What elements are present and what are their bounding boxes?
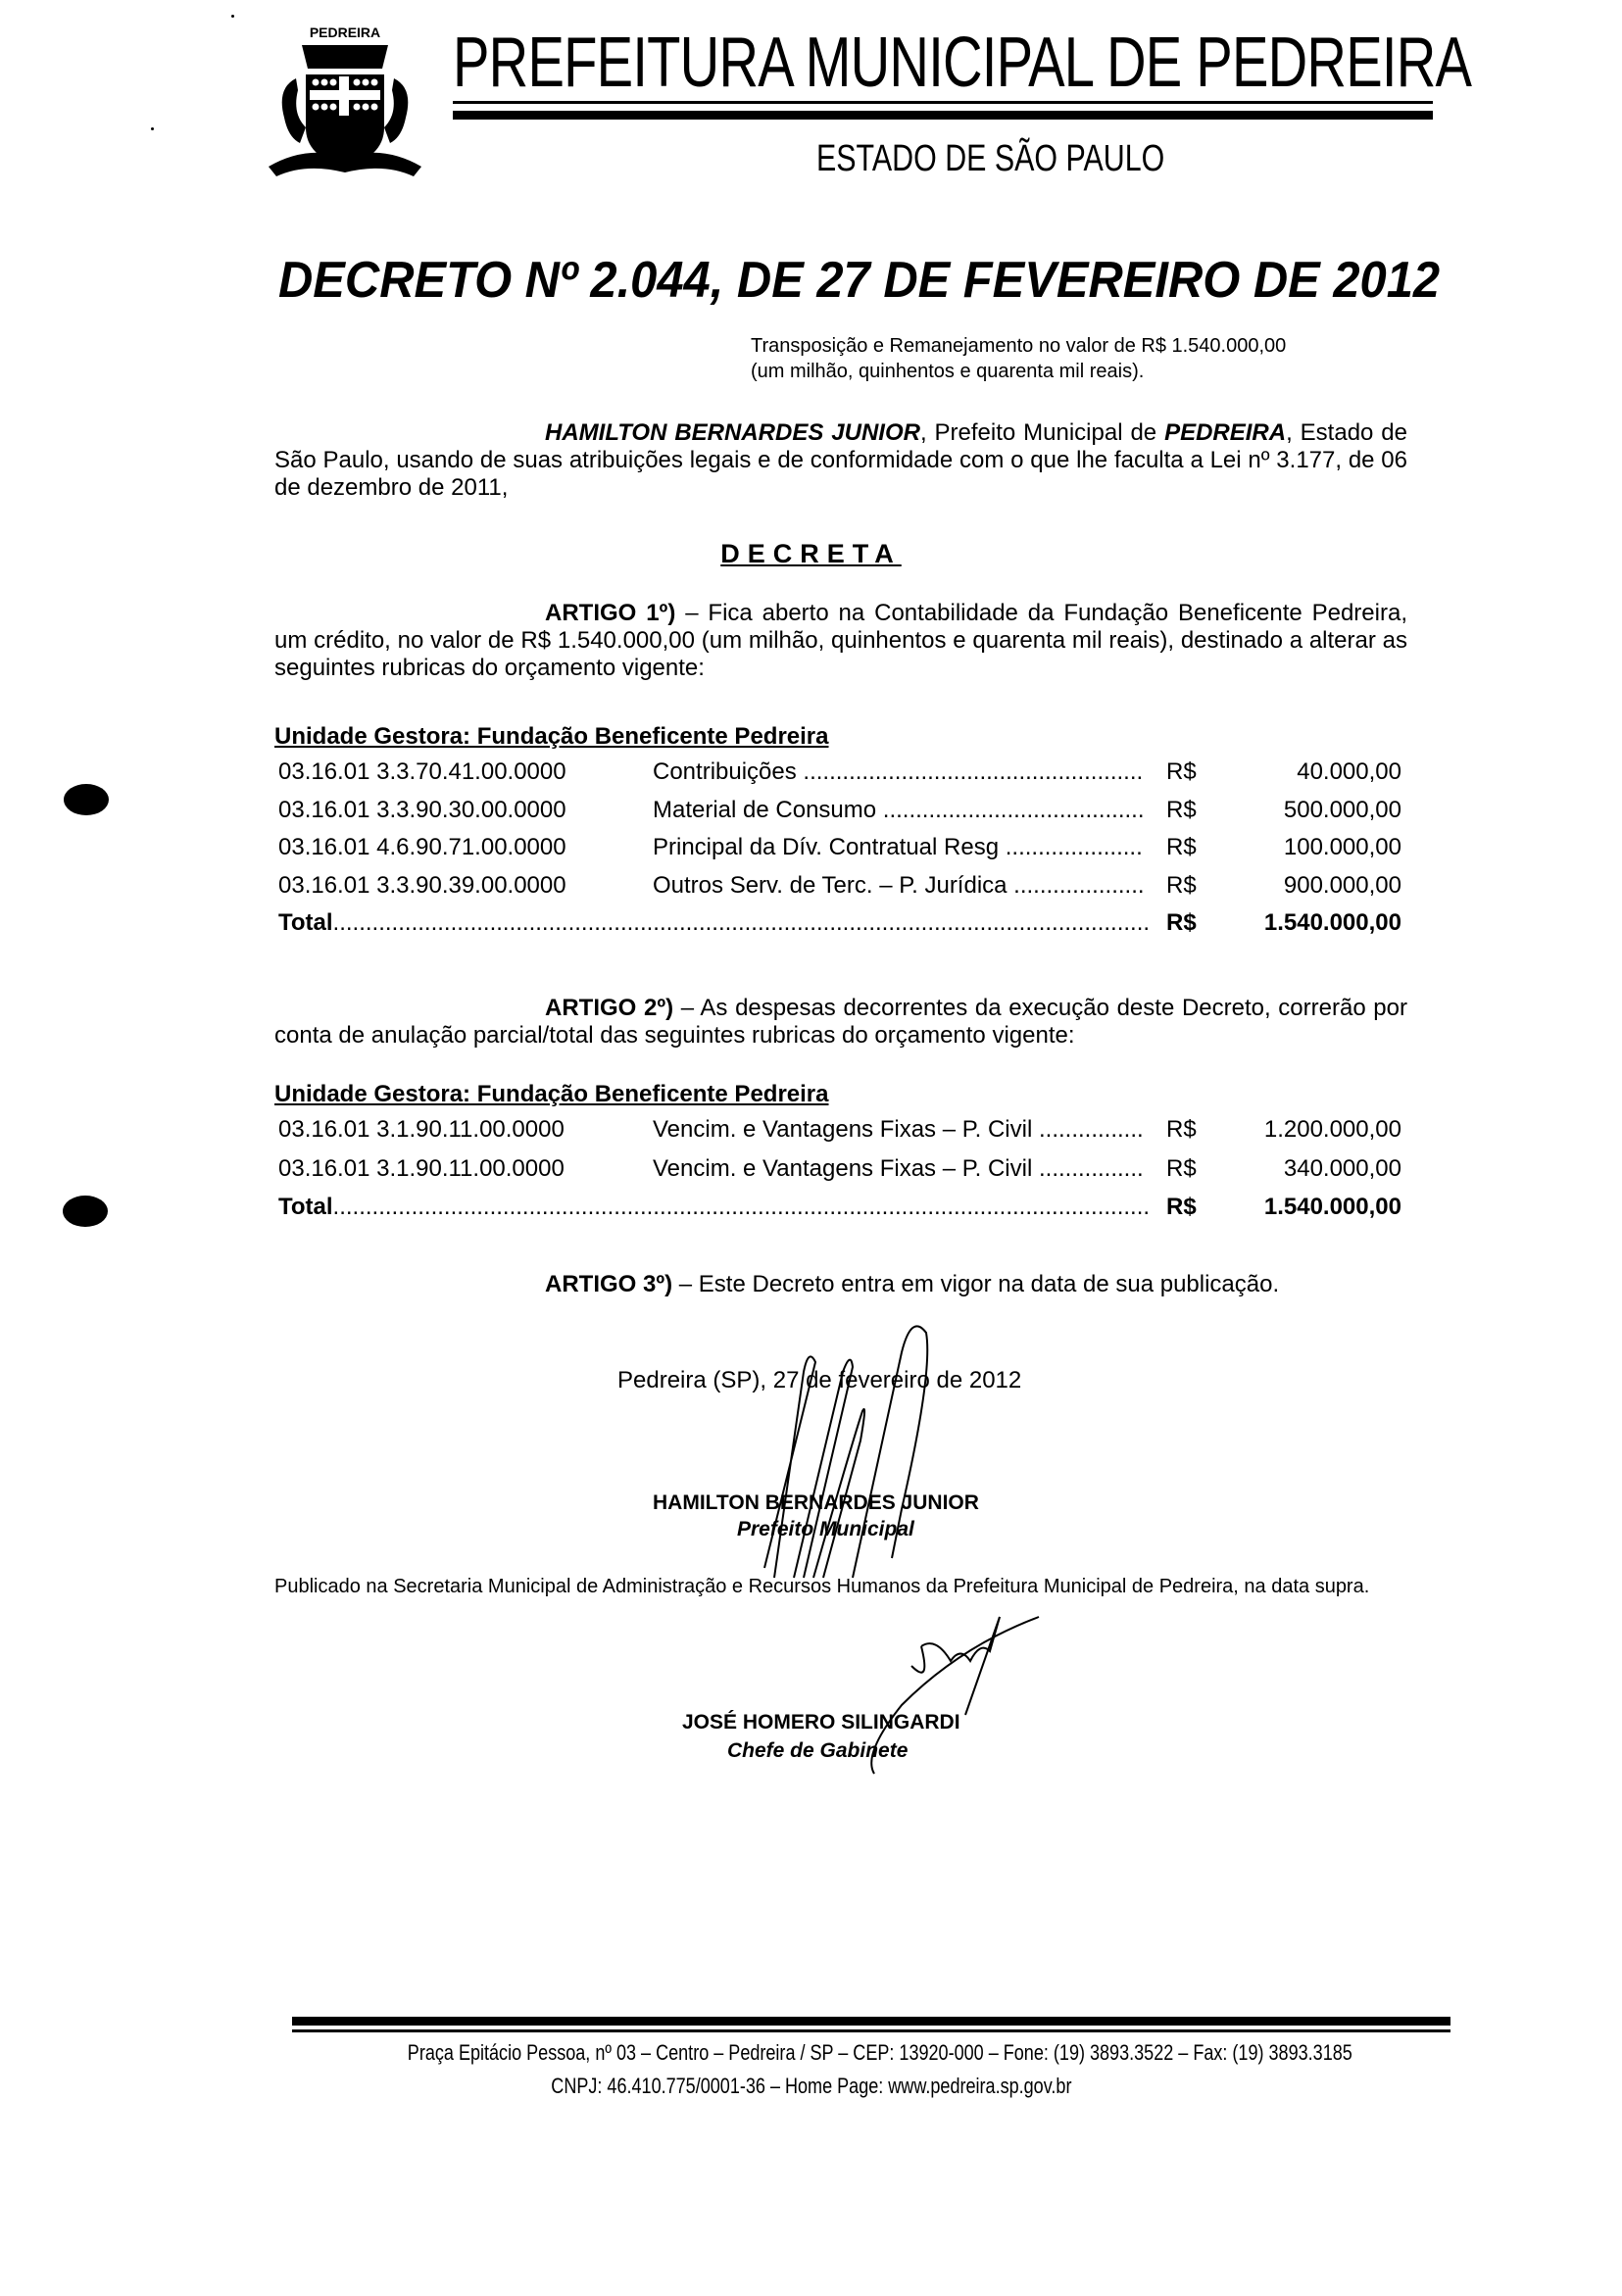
table-row: 03.16.01 3.1.90.11.00.0000Vencim. e Vant… [278,1115,1401,1145]
row-code: 03.16.01 3.1.90.11.00.0000 [278,1154,565,1184]
row-currency: R$ [1166,871,1197,901]
signer-1-role: Prefeito Municipal [737,1518,914,1541]
article-1-label: ARTIGO 1º) [545,600,675,626]
row-description: Contribuições [653,757,1143,787]
footer-rule-thin [292,2029,1450,2032]
mayor-name: HAMILTON BERNARDES JUNIOR [545,419,920,446]
row-currency: R$ [1166,1154,1197,1184]
punch-hole [64,784,109,815]
total-amount: 1.540.000,00 [1264,908,1401,938]
decree-summary: Transposição e Remanejamento no valor de… [751,333,1417,384]
decree-title: DECRETO Nº 2.044, DE 27 DE FEVEREIRO DE … [278,253,1440,308]
row-currency: R$ [1166,833,1197,862]
city-name: PEDREIRA [1164,419,1286,446]
row-code: 03.16.01 3.1.90.11.00.0000 [278,1115,565,1145]
table-row: 03.16.01 3.1.90.11.00.0000Vencim. e Vant… [278,1154,1401,1184]
footer-rule-thick [292,2017,1450,2026]
table-total-row: TotalR$1.540.000,00 [278,908,1401,938]
preamble-paragraph: HAMILTON BERNARDES JUNIOR, Prefeito Muni… [274,419,1407,502]
header-subtitle: ESTADO DE SÃO PAULO [816,140,1164,177]
scan-speck [231,15,234,18]
footer-cnpj-text: CNPJ: 46.410.775/0001-36 – Home Page: ww… [551,2074,1071,2099]
article-3: ARTIGO 3º) – Este Decreto entra em vigor… [545,1271,1279,1298]
total-currency: R$ [1166,908,1197,938]
total-label: Total [278,1193,1151,1222]
row-code: 03.16.01 3.3.90.39.00.0000 [278,871,566,901]
row-currency: R$ [1166,796,1197,825]
table-1-unit-header: Unidade Gestora: Fundação Beneficente Pe… [274,723,829,751]
article-2-label: ARTIGO 2º) [545,995,673,1021]
row-currency: R$ [1166,1115,1197,1145]
article-1-text: – Fica aberto na Contabilidade da Fundaç… [274,600,1407,681]
municipal-crest-logo: PEDREIRA [267,20,423,178]
header-rule-thin [453,101,1433,104]
row-amount: 1.200.000,00 [1264,1115,1401,1145]
preamble-text: , Prefeito Municipal de [920,419,1164,446]
row-description: Principal da Dív. Contratual Resg [653,833,1143,862]
footer-address-text: Praça Epitácio Pessoa, nº 03 – Centro – … [408,2040,1352,2066]
table-row: 03.16.01 3.3.70.41.00.0000ContribuiçõesR… [278,757,1401,787]
row-code: 03.16.01 4.6.90.71.00.0000 [278,833,566,862]
footer-cnpj: CNPJ: 46.410.775/0001-36 – Home Page: ww… [0,2074,1622,2099]
row-amount: 900.000,00 [1284,871,1401,901]
row-code: 03.16.01 3.3.90.30.00.0000 [278,796,566,825]
table-2-unit-header: Unidade Gestora: Fundação Beneficente Pe… [274,1081,829,1108]
row-description: Vencim. e Vantagens Fixas – P. Civil [653,1154,1143,1184]
table-row: 03.16.01 3.3.90.30.00.0000Material de Co… [278,796,1401,825]
row-description: Vencim. e Vantagens Fixas – P. Civil [653,1115,1143,1145]
row-code: 03.16.01 3.3.70.41.00.0000 [278,757,566,787]
row-amount: 100.000,00 [1284,833,1401,862]
publication-note: Publicado na Secretaria Municipal de Adm… [274,1574,1407,1599]
article-2-text: – As despesas decorrentes da execução de… [274,995,1407,1049]
row-amount: 340.000,00 [1284,1154,1401,1184]
total-label: Total [278,908,1151,938]
place-date: Pedreira (SP), 27 de fevereiro de 2012 [617,1367,1021,1394]
row-amount: 40.000,00 [1297,757,1401,787]
summary-line: Transposição e Remanejamento no valor de… [751,333,1417,359]
decreta-heading: DECRETA [0,539,1622,569]
row-description: Material de Consumo [653,796,1143,825]
table-row: 03.16.01 4.6.90.71.00.0000Principal da D… [278,833,1401,862]
table-total-row: TotalR$1.540.000,00 [278,1193,1401,1222]
header-title: PREFEITURA MUNICIPAL DE PEDREIRA [453,27,1471,98]
table-row: 03.16.01 3.3.90.39.00.0000Outros Serv. d… [278,871,1401,901]
header-rule-thick [453,111,1433,120]
punch-hole [63,1196,108,1227]
mayor-signature [706,1313,960,1588]
row-currency: R$ [1166,757,1197,787]
svg-text:PEDREIRA: PEDREIRA [310,24,380,40]
footer-address: Praça Epitácio Pessoa, nº 03 – Centro – … [0,2040,1622,2066]
scan-speck [151,127,154,130]
signer-1-name: HAMILTON BERNARDES JUNIOR [653,1491,979,1515]
article-3-label: ARTIGO 3º) [545,1271,672,1297]
summary-line: (um milhão, quinhentos e quarenta mil re… [751,359,1417,384]
row-description: Outros Serv. de Terc. – P. Jurídica [653,871,1143,901]
total-currency: R$ [1166,1193,1197,1222]
row-amount: 500.000,00 [1284,796,1401,825]
article-1: ARTIGO 1º) – Fica aberto na Contabilidad… [274,600,1407,682]
article-2: ARTIGO 2º) – As despesas decorrentes da … [274,995,1407,1050]
article-3-text: – Este Decreto entra em vigor na data de… [672,1271,1279,1297]
signer-2-name: JOSÉ HOMERO SILINGARDI [682,1711,960,1734]
total-amount: 1.540.000,00 [1264,1193,1401,1222]
signer-2-role: Chefe de Gabinete [727,1739,908,1763]
